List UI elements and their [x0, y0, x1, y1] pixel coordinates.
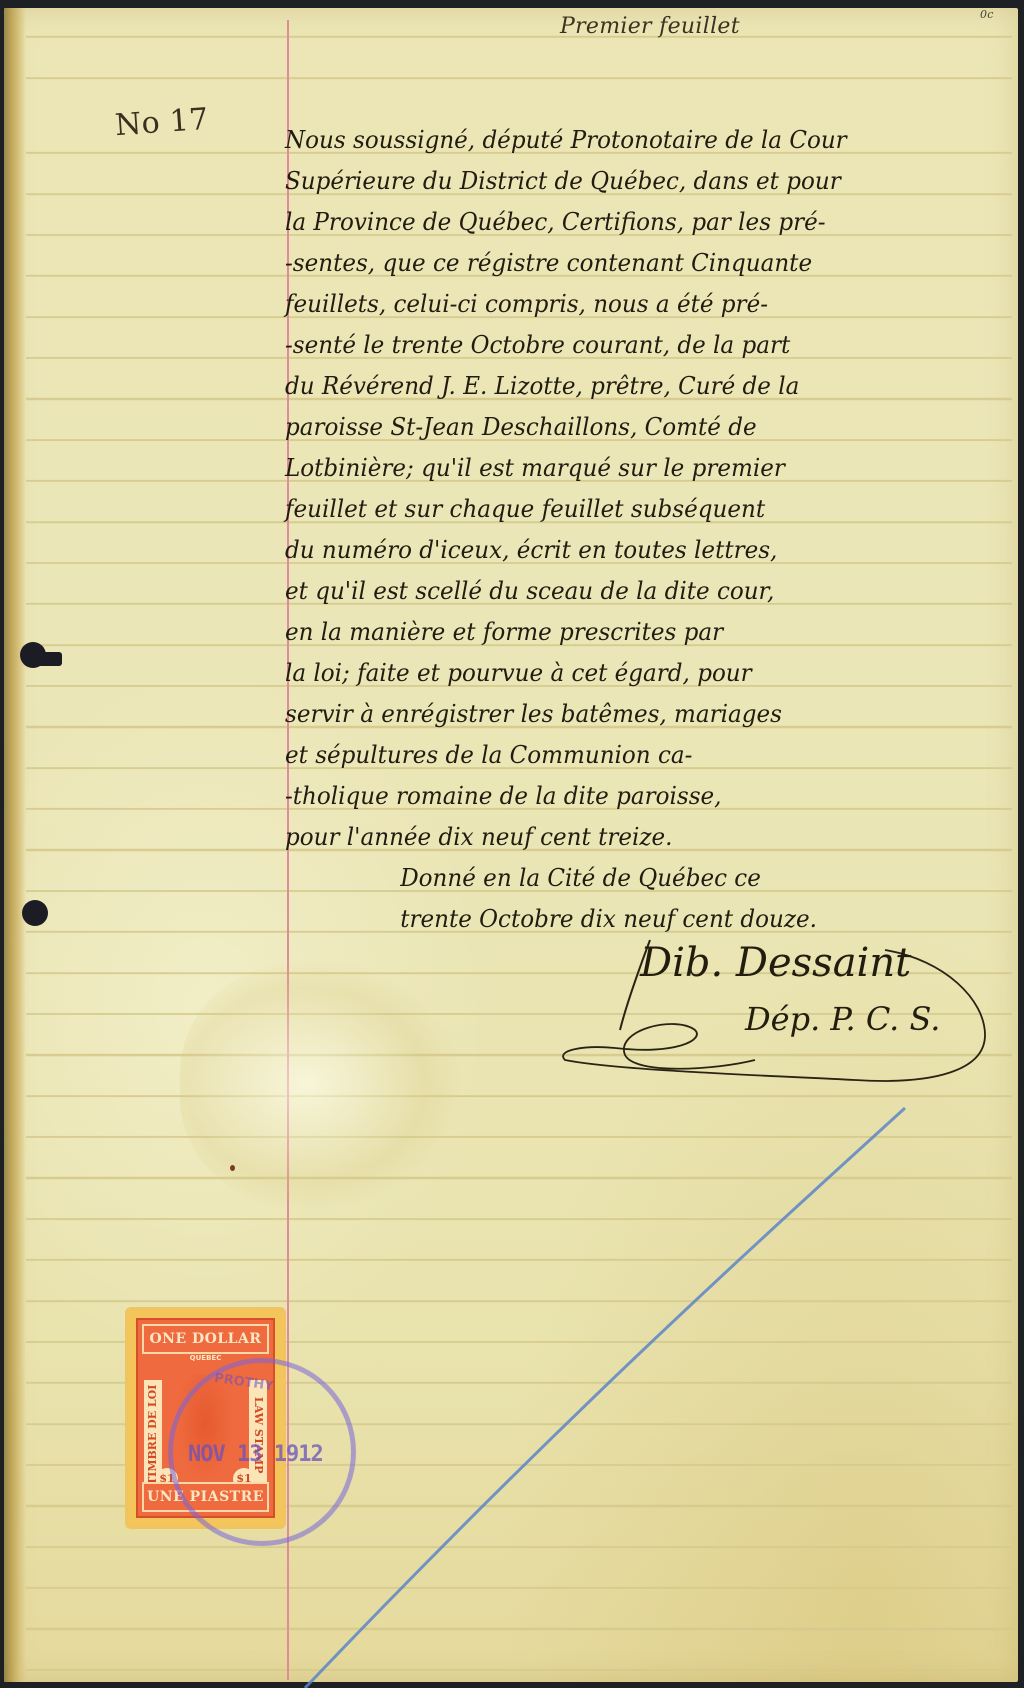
body-line: -senté le trente Octobre courant, de la …: [285, 325, 986, 366]
body-line: la Province de Québec, Certifions, par l…: [285, 202, 986, 243]
body-line: Lotbinière; qu'il est marqué sur le prem…: [285, 448, 986, 489]
signature-title: Dép. P. C. S.: [745, 1000, 940, 1038]
body-line: Nous soussigné, député Protonotaire de l…: [285, 120, 986, 161]
body-line: du Révérend J. E. Lizotte, prêtre, Curé …: [285, 366, 986, 407]
water-stain: [180, 960, 460, 1210]
body-line: -sentes, que ce régistre contenant Cinqu…: [285, 243, 986, 284]
body-line: pour l'année dix neuf cent treize.: [285, 817, 986, 858]
body-line: paroisse St-Jean Deschaillons, Comté de: [285, 407, 986, 448]
binding-edge: [4, 8, 26, 1682]
entry-number: No 17: [114, 102, 210, 143]
body-line: et qu'il est scellé du sceau de la dite …: [285, 571, 986, 612]
body-line: du numéro d'iceux, écrit en toutes lettr…: [285, 530, 986, 571]
certificate-body: Nous soussigné, député Protonotaire de l…: [285, 120, 1015, 940]
binding-hole-icon: [20, 642, 46, 668]
stamp-top-label: ONE DOLLAR: [142, 1324, 269, 1354]
body-line: en la manière et forme prescrites par: [285, 612, 986, 653]
binding-hole-icon: [22, 900, 48, 926]
ink-spot: [230, 1165, 235, 1171]
body-line: -tholique romaine de la dite paroisse,: [285, 776, 986, 817]
page-code: 0c: [980, 8, 994, 21]
header-title: Premier feuillet: [560, 14, 740, 39]
body-line: servir à enrégistrer les batêmes, mariag…: [285, 694, 986, 735]
body-line: Supérieure du District de Québec, dans e…: [285, 161, 986, 202]
body-line: et sépultures de la Communion ca-: [285, 735, 986, 776]
signature-name: Dib. Dessaint: [640, 940, 911, 986]
body-line: la loi; faite et pourvue à cet égard, po…: [285, 653, 986, 694]
body-line: feuillet et sur chaque feuillet subséque…: [285, 489, 986, 530]
cancellation-date: NOV 13 1912: [188, 1442, 323, 1467]
body-line: feuillets, celui-ci compris, nous a été …: [285, 284, 986, 325]
closing-line: Donné en la Cité de Québec ce: [285, 858, 986, 899]
